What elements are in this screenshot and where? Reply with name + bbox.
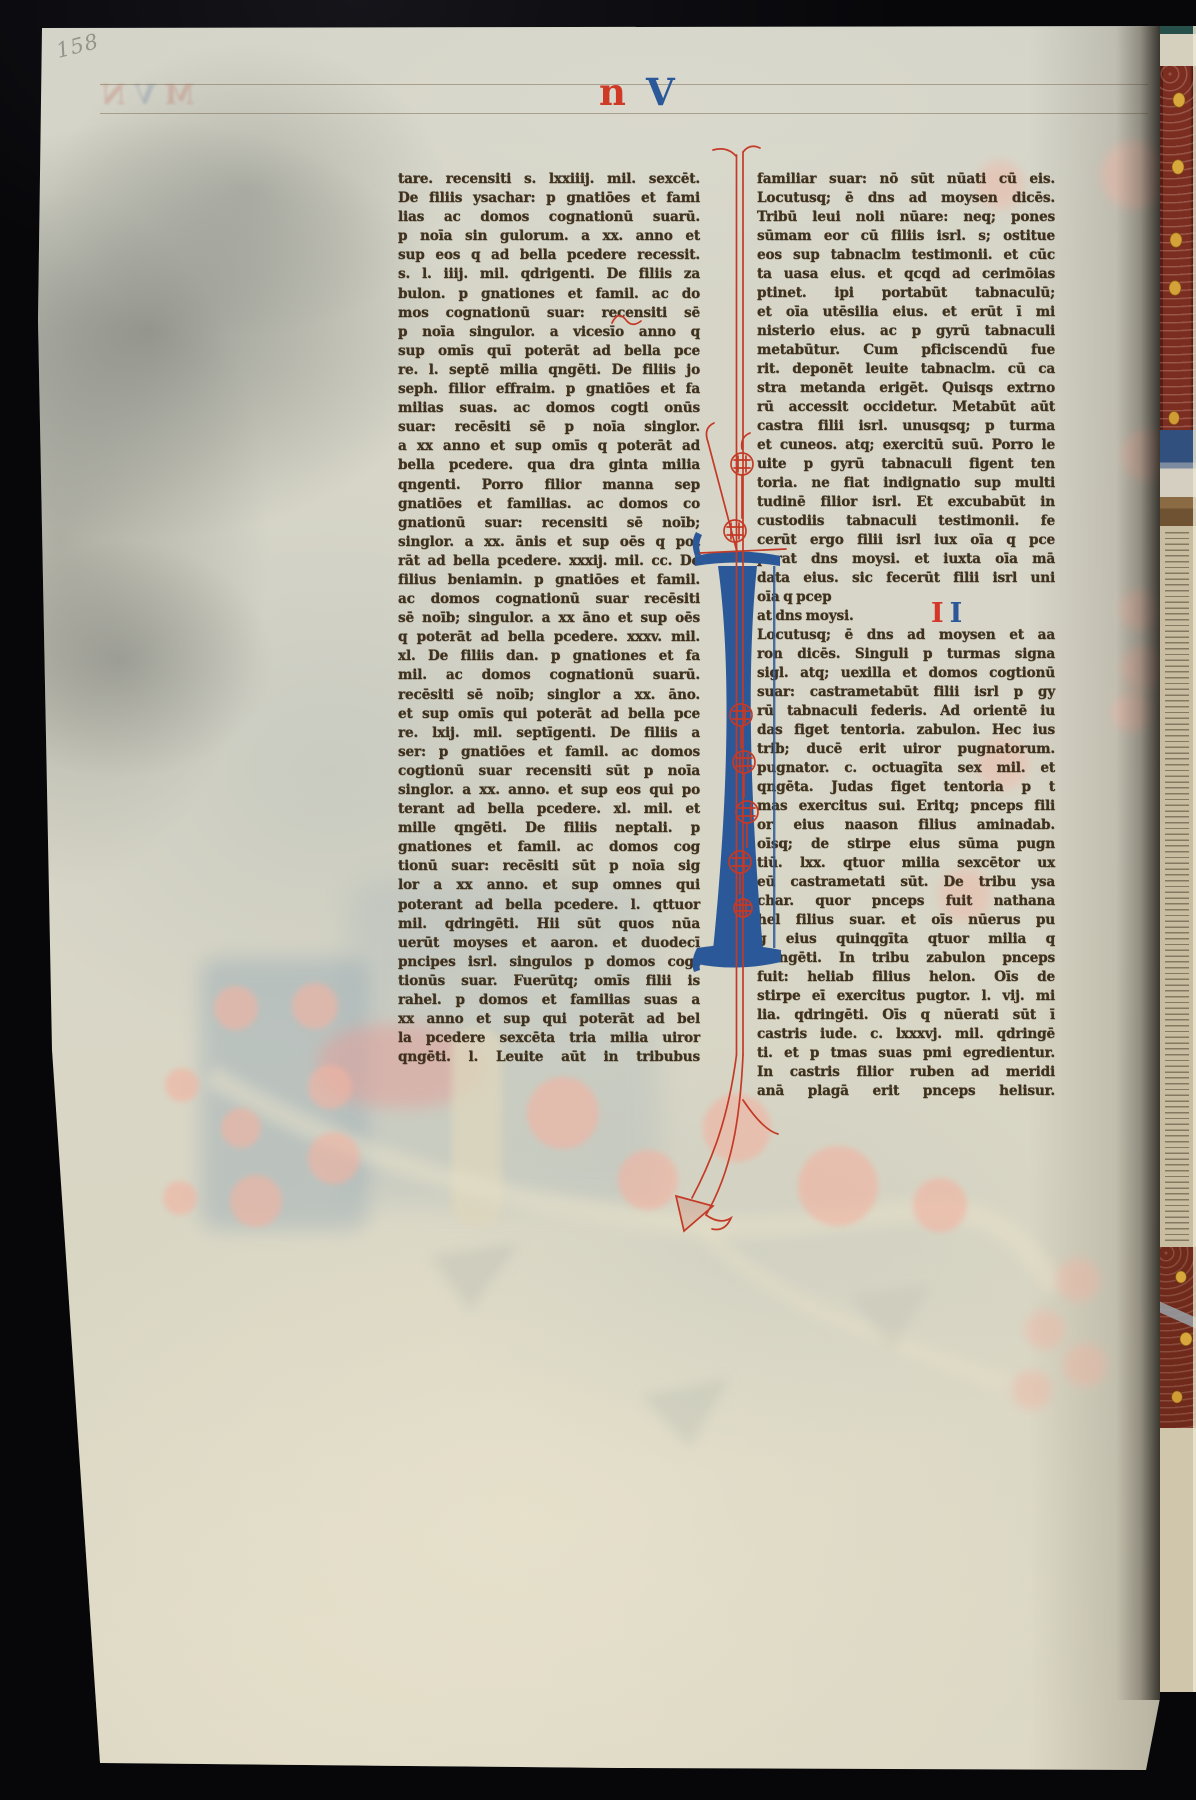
- text-line: trib; ducē erit uiror pugnatorum.: [757, 740, 1055, 759]
- facing-page-edge: [1160, 26, 1196, 1692]
- text-line: custodiis tabnaculi testimonii. fe: [757, 512, 1055, 531]
- text-line: milias suas. ac domos cogti onūs: [398, 399, 700, 418]
- text-line: In castris filior ruben ad meridi: [757, 1063, 1055, 1082]
- text-line: suar: recēsiti sē p noīa singlor.: [398, 418, 700, 437]
- text-line: tionūs suar. Fuerūtq; omīs filii is: [398, 972, 700, 991]
- facing-page-lower-margin: [1160, 1428, 1196, 1692]
- text-line: seph. filior effraim. p gnatiōes et fa: [398, 380, 700, 399]
- text-line: Tribū leui noli nūare: neq; pones: [757, 208, 1055, 227]
- text-line: lia. qdringēti. Oīs q nūerati sūt ī: [757, 1006, 1055, 1025]
- text-line: cerūt ergo filii isrl iux oīa q pce: [757, 531, 1055, 550]
- chapter-numeral-II: II: [931, 600, 968, 627]
- text-line: recēsiti sē noīb; singlor a xx. āno.: [398, 686, 700, 705]
- illuminated-border-fragment: [1160, 66, 1196, 430]
- text-line: singlor. a xx. ānis et sup oēs q pot: [398, 533, 700, 552]
- text-line: hel filius suar. et oīs nūerus pu: [757, 911, 1055, 930]
- text-line: lor a xx anno. et sup omnes qui: [398, 876, 700, 895]
- text-line: bulon. p gnationes et famil. ac do: [398, 285, 700, 304]
- text-line: mos cognationū suar: recensiti sē: [398, 304, 700, 323]
- text-line: q poterāt ad bella pcedere. xxxv. mil.: [398, 628, 700, 647]
- text-line: metabūtur. Cum pficiscendū fue: [757, 341, 1055, 360]
- text-line: familiar suar: nō sūt nūati cū eis.: [757, 170, 1055, 189]
- text-line: mas exercitus sui. Eritq; pnceps fili: [757, 797, 1055, 816]
- text-line: ac domos cognationū suar recēsiti: [398, 590, 700, 609]
- text-line: sigl. atq; uexilla et domos cogtionū: [757, 664, 1055, 683]
- text-line: mil. ac domos cognationū suarū.: [398, 666, 700, 685]
- text-line: qngenti. Porro filior manna sep: [398, 476, 700, 495]
- text-line: rit. deponēt leuite tabnaclm. cū ca: [757, 360, 1055, 379]
- text-line: anā plagā erit pnceps helisur.: [757, 1082, 1055, 1101]
- text-line: gnationes et famil. ac domos cog: [398, 838, 700, 857]
- text-line: et cuneos. atq; exercitū suū. Porro le: [757, 436, 1055, 455]
- text-line: char. quor pnceps fuit nathana: [757, 892, 1055, 911]
- text-line: stirpe eī exercitus pugtor. l. vij. mi: [757, 987, 1055, 1006]
- text-line: sē noīb; singulor. a xx āno et sup oēs: [398, 609, 700, 628]
- text-line: xl. De filiis dan. p gnationes et fa: [398, 647, 700, 666]
- text-line: pugnator. c. octuagīta sex mil. et: [757, 759, 1055, 778]
- text-line: rāt ad bella pcedere. xxxij. mil. cc. De: [398, 552, 700, 571]
- text-line: mil. qdringēti. Hii sūt quos nūa: [398, 915, 700, 934]
- text-line: suar: castrametabūt filii isrl p gy: [757, 683, 1055, 702]
- text-line: ta uasa eius. et qcqd ad cerimōias: [757, 265, 1055, 284]
- text-line: data eius. sic fecerūt filii isrl uni: [757, 569, 1055, 588]
- text-line: uite p gyrū tabnaculi figent ten: [757, 455, 1055, 474]
- text-line: lias ac domos cognationū suarū.: [398, 208, 700, 227]
- text-line: p noīa sin gulorum. a xx. anno et: [398, 227, 700, 246]
- text-line: sup eos q ad bella pcedere recessit.: [398, 246, 700, 265]
- text-line: oīa q pcep: [757, 588, 1055, 607]
- text-line: oīsq; de stirpe eius sūma pugn: [757, 835, 1055, 854]
- text-line: re. l. septē milia qngēti. De filiis jo: [398, 361, 700, 380]
- text-line: perat dns moysi. et iuxta oīa mā: [757, 550, 1055, 569]
- text-column-left: tare. recensiti s. lxxiiij. mil. sexcēt.…: [398, 170, 700, 1067]
- text-line: poterant ad bella pcedere. l. qttuor: [398, 896, 700, 915]
- text-line: sūmam eor cū filiis isrl. s; ostitue: [757, 227, 1055, 246]
- text-line: tiū. lxx. qtuor milia sexcētor ux: [757, 854, 1055, 873]
- text-line: bella pcedere. qua dra ginta milia: [398, 456, 700, 475]
- numeral-stroke-red: I: [931, 600, 944, 627]
- gutter-shadow: [1116, 26, 1160, 1700]
- text-line: g eius quinqgīta qtuor milia q: [757, 930, 1055, 949]
- text-line: Locutusq; ē dns ad moysen dicēs.: [757, 189, 1055, 208]
- text-line: pncipes isrl. singulos p domos cogt: [398, 953, 700, 972]
- text-line: at dns moysi.: [757, 607, 1055, 626]
- text-line: castra filii isrl. unusqsq; p turma: [757, 417, 1055, 436]
- text-line: tionū suar: recēsiti sūt p noīa sig: [398, 857, 700, 876]
- text-line: p noīa singulor. a vicesīo anno q: [398, 323, 700, 342]
- text-line: Locutusq; ē dns ad moysen et aa: [757, 626, 1055, 645]
- text-line: fuit: heliab filius helon. Oīs de: [757, 968, 1055, 987]
- photograph-backdrop: { "manuscript": { "folio_number": "158",…: [0, 0, 1196, 1800]
- facing-page-margin: [1160, 34, 1196, 66]
- facing-page-text-edge: [1160, 526, 1196, 1247]
- text-line: dringēti. In tribu zabulon pnceps: [757, 949, 1055, 968]
- text-line: qngēti. l. Leuite aūt in tribubus: [398, 1048, 700, 1067]
- text-column-right: familiar suar: nō sūt nūati cū eis.Locut…: [757, 170, 1055, 1101]
- text-line: s. l. iiij. mil. qdrigenti. De filiis za: [398, 265, 700, 284]
- text-line: castris iude. c. lxxxvj. mil. qdringē: [757, 1025, 1055, 1044]
- text-line: das figet tentoria. zabulon. Hec ius: [757, 721, 1055, 740]
- text-line: ron dicēs. Singuli p turmas signa: [757, 645, 1055, 664]
- text-line: gnatiōes et familias. ac domos co: [398, 495, 700, 514]
- text-line: re. lxij. mil. septīgenti. De filiis a: [398, 724, 700, 743]
- numeral-stroke-blue: I: [950, 600, 963, 627]
- text-line: cogtionū suar recensiti sūt p noīa: [398, 762, 700, 781]
- text-line: rū accessit occidetur. Metabūt aūt: [757, 398, 1055, 417]
- text-line: or eius naason filius aminadab.: [757, 816, 1055, 835]
- text-line: terant ad bella pcedere. xl. mil. et: [398, 800, 700, 819]
- text-line: eos sup tabnaclm testimonii. et cūc: [757, 246, 1055, 265]
- text-line: ptinet. ipi portabūt tabnaculū;: [757, 284, 1055, 303]
- text-line: stra metanda erigēt. Quisqs extrno: [757, 379, 1055, 398]
- text-line: gnationū suar: recensiti sē noīb;: [398, 514, 700, 533]
- text-line: et oīa utēsilia eius. et erūt ī mi: [757, 303, 1055, 322]
- text-line: rū tabnaculi federis. Ad orientē iu: [757, 702, 1055, 721]
- text-line: et sup omīs qui poterāt ad bella pce: [398, 705, 700, 724]
- text-line: rahel. p domos et familias suas a: [398, 991, 700, 1010]
- running-header-letter-v: V: [646, 74, 675, 111]
- text-line: ser: p gnatiōes et famil. ac domos: [398, 743, 700, 762]
- text-line: filius beniamin. p gnatiōes et famil.: [398, 571, 700, 590]
- text-line: tare. recensiti s. lxxiiij. mil. sexcēt.: [398, 170, 700, 189]
- text-line: qngēta. Judas figet tentoria p t: [757, 778, 1055, 797]
- text-line: ti. et p tmas suas pmi egredientur.: [757, 1044, 1055, 1063]
- text-line: nisterio eius. ac p gyrū tabnaculi: [757, 322, 1055, 341]
- text-line: toria. ne fiat indignatio sup multi: [757, 474, 1055, 493]
- text-line: xx anno et sup qui poterāt ad bel: [398, 1010, 700, 1029]
- text-line: singlor. a xx. anno. et sup eos qui po: [398, 781, 700, 800]
- text-line: sup omīs quī poterāt ad bella pce: [398, 342, 700, 361]
- text-line: De filiis ysachar: p gnatiōes et fami: [398, 189, 700, 208]
- miniature-figure-fragment: [1160, 430, 1196, 526]
- facing-page-top-edge: [1160, 26, 1196, 34]
- text-line: a xx anno et sup omīs q poterāt ad: [398, 437, 700, 456]
- text-line: eū castrametati sūt. De tribu ysa: [757, 873, 1055, 892]
- ivy-border-fragment: [1160, 1247, 1196, 1428]
- text-line: mille qngēti. De filiis neptali. p: [398, 819, 700, 838]
- text-line: uerūt moyses et aaron. et duodecī: [398, 934, 700, 953]
- running-header-letter-n: n: [599, 74, 626, 111]
- text-line: la pcedere sexcēta tria milia uiror: [398, 1029, 700, 1048]
- text-line: tudinē filior isrl. Et excubabūt in: [757, 493, 1055, 512]
